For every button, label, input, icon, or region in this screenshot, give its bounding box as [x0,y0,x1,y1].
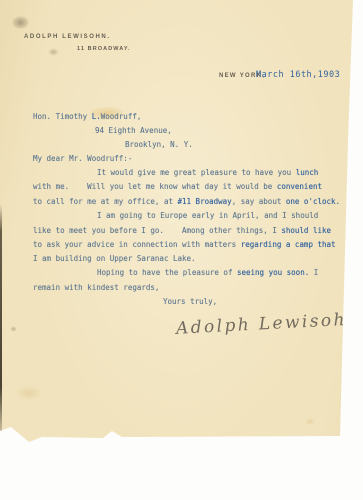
typed-text: with me. Will you let me know what day i… [33,182,277,191]
scanned-letter-page: { "document": { "type": "typed-letter-sc… [0,0,363,500]
letter-line: Hon. Timothy L.Woodruff, [33,112,141,121]
typed-text: I am building on Upper Saranac Lake. [33,254,196,263]
paper-stain [305,418,315,425]
letter-date: March 16th,1903 [256,70,340,80]
overstruck-text: lunch [296,168,319,177]
letterhead-name: ADOLPH LEWISOHN. [24,34,111,40]
paper-stain [16,386,42,400]
overstruck-text: #11 Broadway [178,197,232,206]
overstruck-text: regarding a camp that [241,240,336,249]
letter-line: like to meet you before I go. Among othe… [33,226,331,235]
typed-text: My dear Mr. Woodruff:- [33,154,132,163]
paper-stain [48,48,59,56]
typed-text: remain with kindest regards, [33,283,159,292]
typed-text: It would give me great pleasure to have … [97,168,296,177]
overstruck-text: L. [92,112,101,121]
signature-adolph-lewisohn: Adolph Lewisohn [176,309,361,339]
typed-text: like to meet you before I go. Among othe… [33,226,281,235]
letter-line: Yours truly, [163,297,217,306]
overstruck-text: should like [281,226,331,235]
letter-line: Hoping to have the pleasure of seeing yo… [97,268,318,277]
letterhead-address: 11 BROADWAY. [77,46,131,52]
letter-line: with me. Will you let me know what day i… [33,182,322,191]
typed-text: Brooklyn, N. Y. [125,140,193,149]
paper-stain [10,326,17,332]
typed-text: I [309,268,318,277]
typed-text: 94 Eighth Avenue, [95,126,172,135]
letter-line: Brooklyn, N. Y. [125,140,193,149]
overstruck-text: one o'clock. [286,197,340,206]
typed-text: to call for me at my office, at [33,197,178,206]
typed-text: I am going to Europe early in April, and… [97,211,318,220]
typed-text: Hoping to have the pleasure of [97,268,237,277]
typed-text: Woodruff, [101,112,142,121]
typed-text: to ask your advice in connection with ma… [33,240,241,249]
letter-line: My dear Mr. Woodruff:- [33,154,132,163]
letter-paper: ADOLPH LEWISOHN. 11 BROADWAY. NEW YORK, … [0,0,363,500]
letter-line: remain with kindest regards, [33,283,159,292]
overstruck-text: convenient [277,182,322,191]
letter-line: It would give me great pleasure to have … [97,168,318,177]
letter-line: to ask your advice in connection with ma… [33,240,336,249]
typed-text: , say about [232,197,286,206]
letter-line: to call for me at my office, at #11 Broa… [33,197,340,206]
paper-stain [12,16,29,29]
letter-line: 94 Eighth Avenue, [95,126,172,135]
typed-text: Hon. Timothy [33,112,92,121]
overstruck-text: seeing you soon. [237,268,309,277]
letter-line: I am going to Europe early in April, and… [97,211,318,220]
scan-edge-shadow [0,204,2,432]
letter-line: I am building on Upper Saranac Lake. [33,254,196,263]
typed-text: Yours truly, [163,297,217,306]
